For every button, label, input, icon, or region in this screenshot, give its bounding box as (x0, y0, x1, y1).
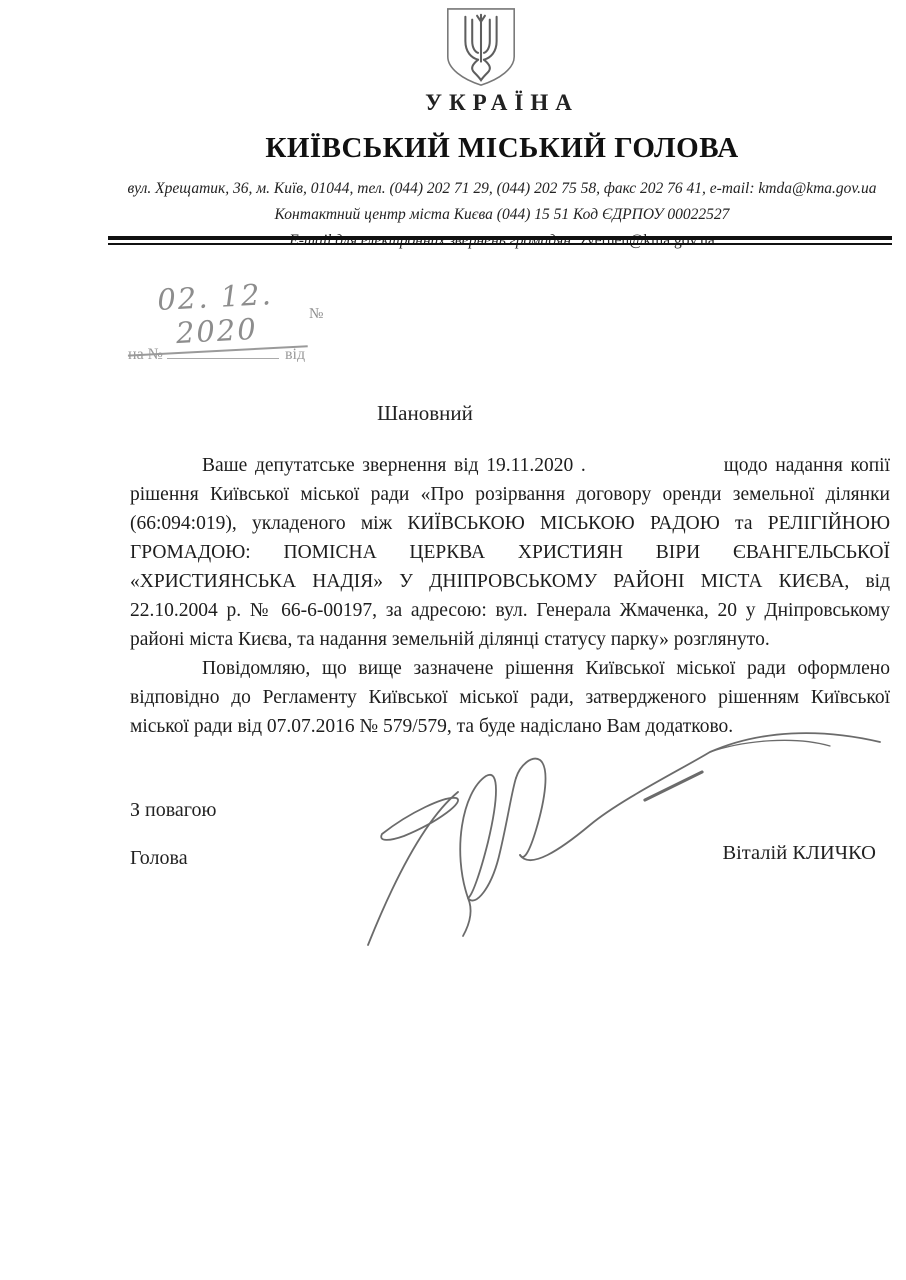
paragraph-2: Повідомляю, що вище зазначене рішення Ки… (130, 654, 890, 741)
paragraph-1: Ваше депутатське звернення від 19.11.202… (130, 451, 890, 654)
contact-line-address: вул. Хрещатик, 36, м. Київ, 01044, тел. … (110, 176, 894, 202)
document-page: УКРАЇНА КИЇВСЬКИЙ МІСЬКИЙ ГОЛОВА вул. Хр… (0, 0, 906, 1280)
letterhead: УКРАЇНА КИЇВСЬКИЙ МІСЬКИЙ ГОЛОВА вул. Хр… (110, 0, 894, 254)
contact-line-center: Контактний центр міста Києва (044) 15 51… (110, 202, 894, 228)
letterhead-divider-rule (108, 236, 892, 245)
paragraph-1-lead: Ваше депутатське звернення від 19.11.202… (202, 455, 586, 476)
signature-scrawl (350, 712, 890, 964)
salutation: Шановний (377, 401, 473, 426)
reply-number-blank (167, 344, 279, 359)
paragraph-1-rest: щодо надання копії рішення Київської міс… (130, 455, 890, 650)
organization-title: КИЇВСЬКИЙ МІСЬКИЙ ГОЛОВА (110, 132, 894, 165)
reply-reference-line: на №від (128, 344, 305, 364)
reply-prefix: на № (128, 346, 163, 363)
outgoing-number-sign: № (309, 306, 323, 323)
country-name: УКРАЇНА (110, 90, 894, 116)
signer-name: Віталій КЛИЧКО (722, 842, 876, 865)
closing-regards: З повагою (130, 799, 216, 822)
ukraine-coat-of-arms-icon (441, 6, 521, 88)
signer-position: Голова (130, 847, 188, 870)
letter-body: Ваше депутатське звернення від 19.11.202… (130, 451, 890, 741)
reply-suffix: від (285, 346, 305, 363)
